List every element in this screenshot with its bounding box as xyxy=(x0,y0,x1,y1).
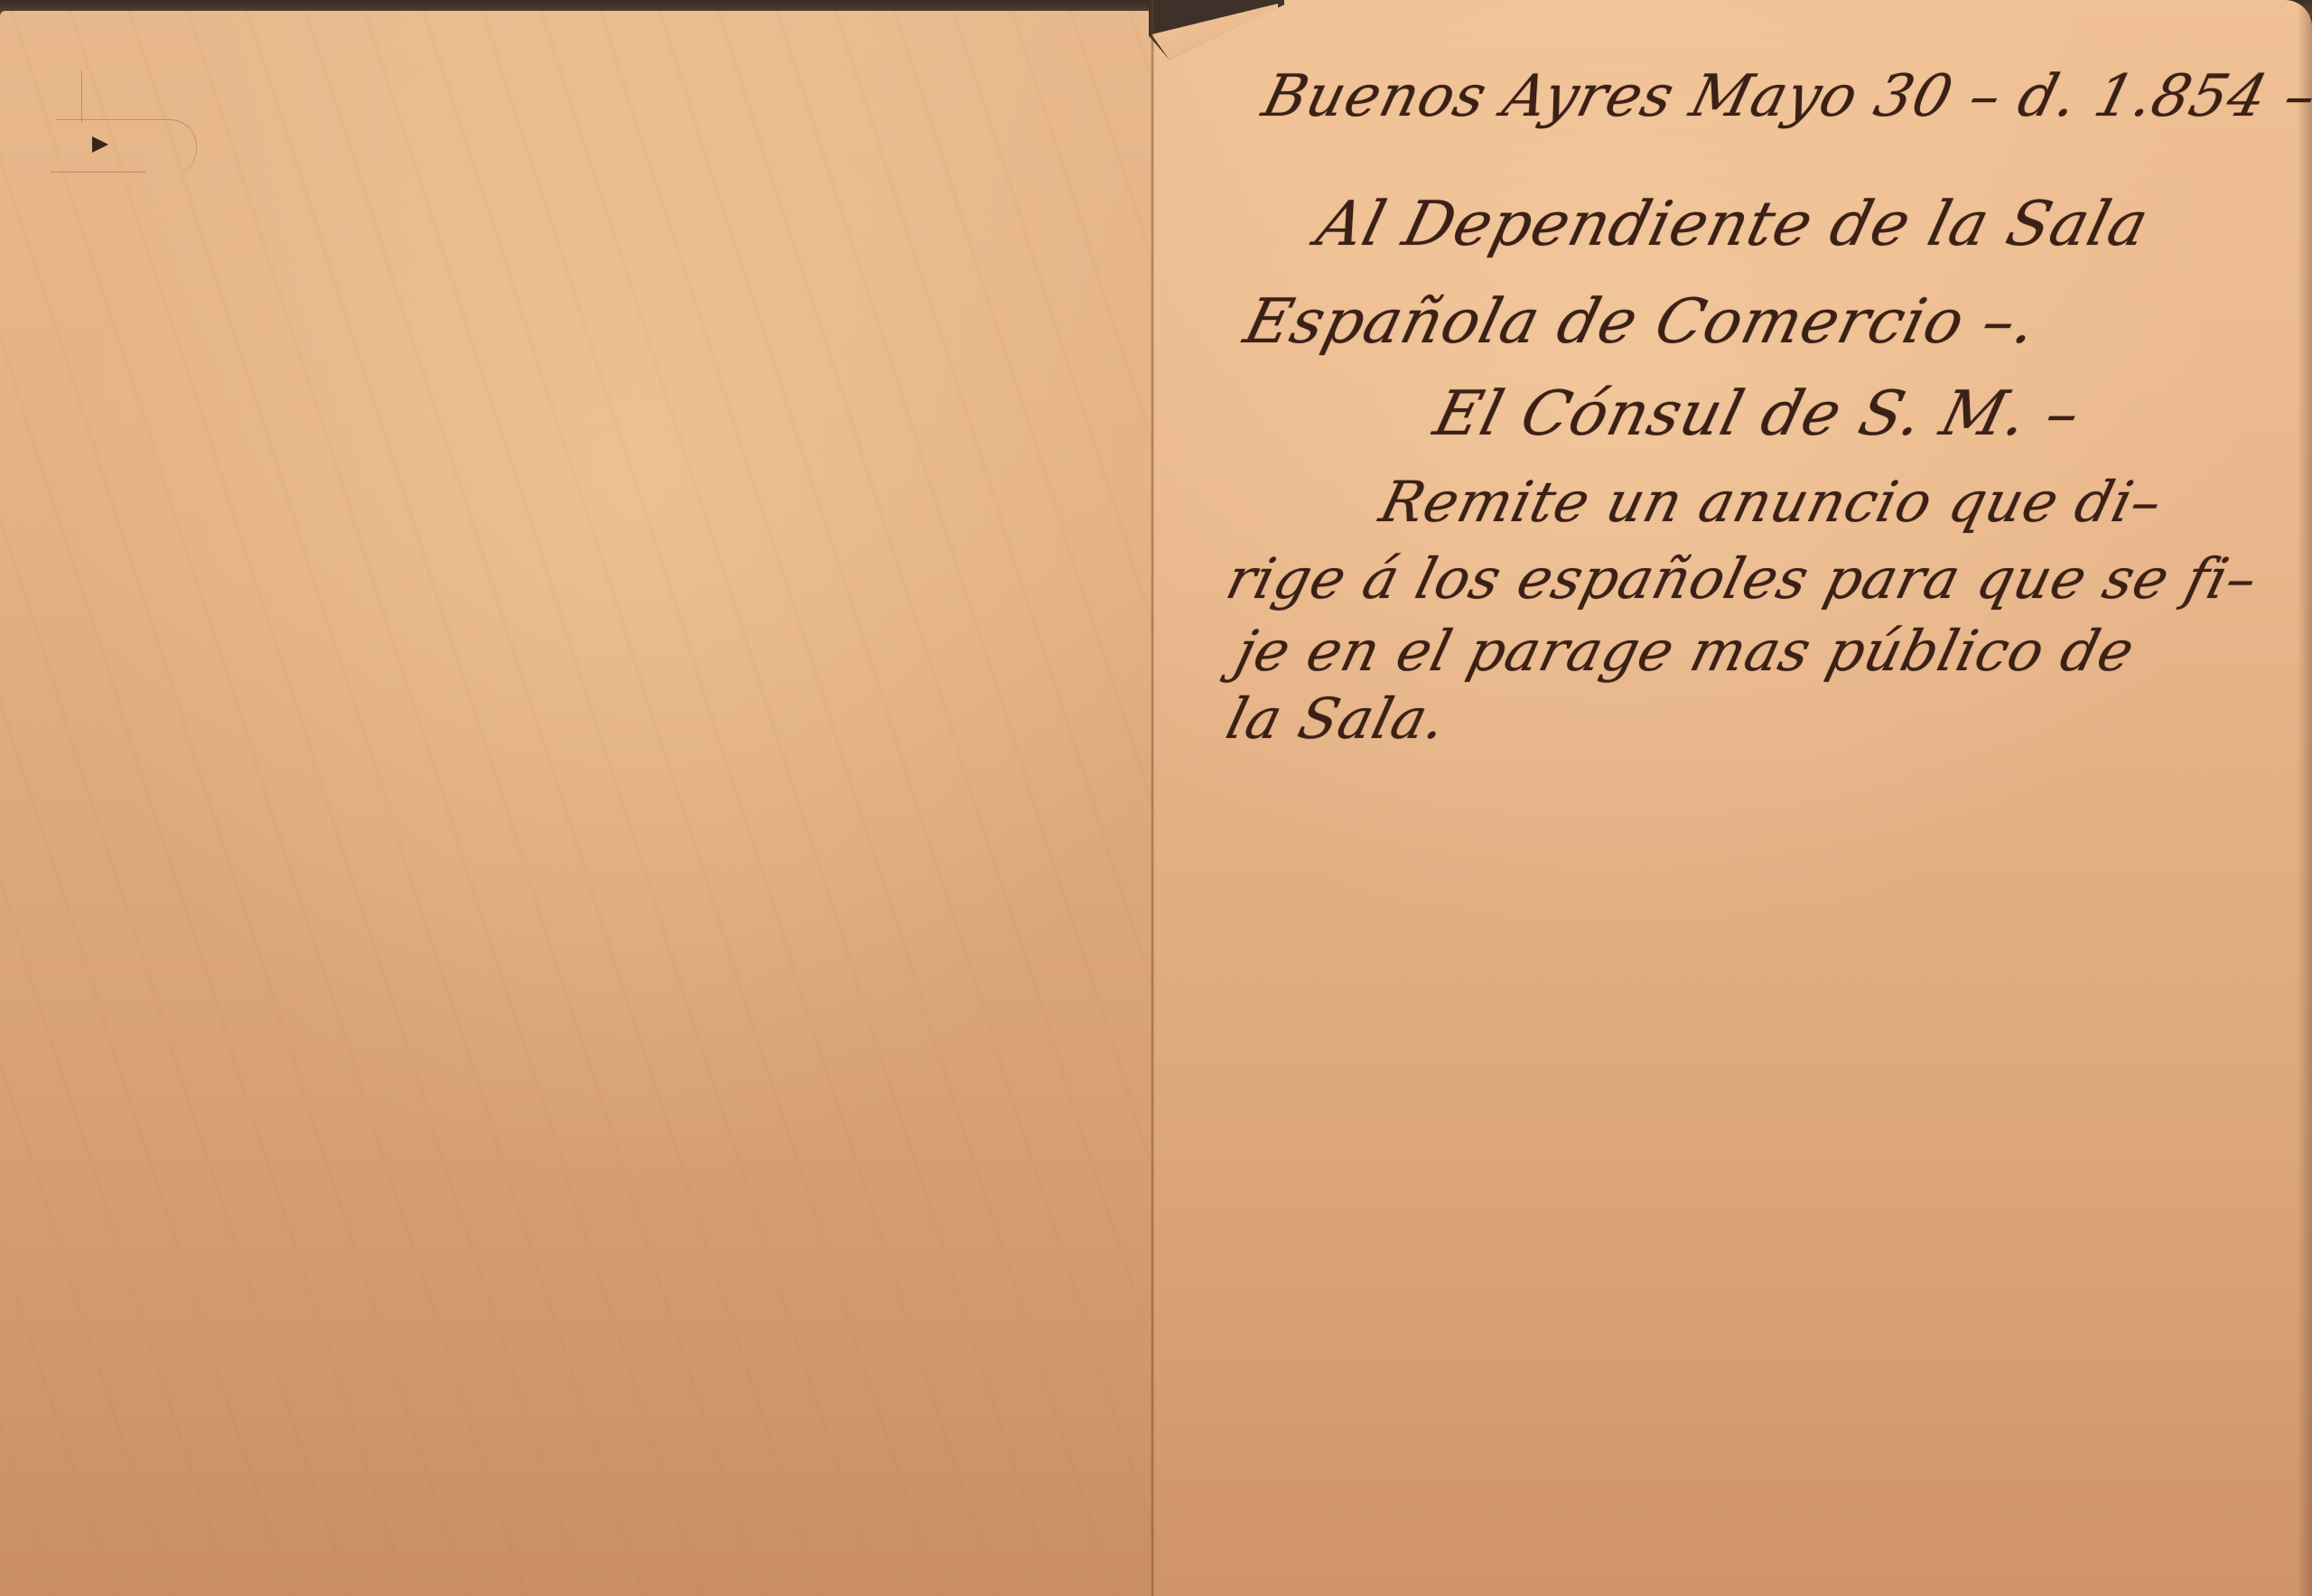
date-line: Buenos Ayres Mayo 30 – d. 1.854 –. xyxy=(1257,68,2312,126)
sender-line: El Cónsul de S. M. – xyxy=(1429,384,2086,445)
body-line-1: Remite un anuncio que di– xyxy=(1375,474,2167,530)
book-spine-fold xyxy=(1151,0,1154,1596)
left-page xyxy=(0,11,1154,1596)
punched-tab-mark xyxy=(56,119,197,176)
punch-hole-icon xyxy=(92,136,108,153)
body-line-2: rige á los españoles para que se fi– xyxy=(1221,551,2263,607)
tab-cut-line xyxy=(81,70,82,123)
addressee-line-2: Española de Comercio –. xyxy=(1239,292,2044,353)
page-edge-shadow xyxy=(2298,0,2312,1596)
tab-base-line xyxy=(51,172,145,173)
body-line-4: la Sala. xyxy=(1221,691,1452,747)
document-scan: Buenos Ayres Mayo 30 – d. 1.854 –. Al De… xyxy=(0,0,2312,1596)
body-line-3: je en el parage mas público de xyxy=(1230,623,2140,679)
ink-show-through xyxy=(0,11,1154,1596)
addressee-line-1: Al Dependiente de la Sala xyxy=(1311,194,2155,256)
